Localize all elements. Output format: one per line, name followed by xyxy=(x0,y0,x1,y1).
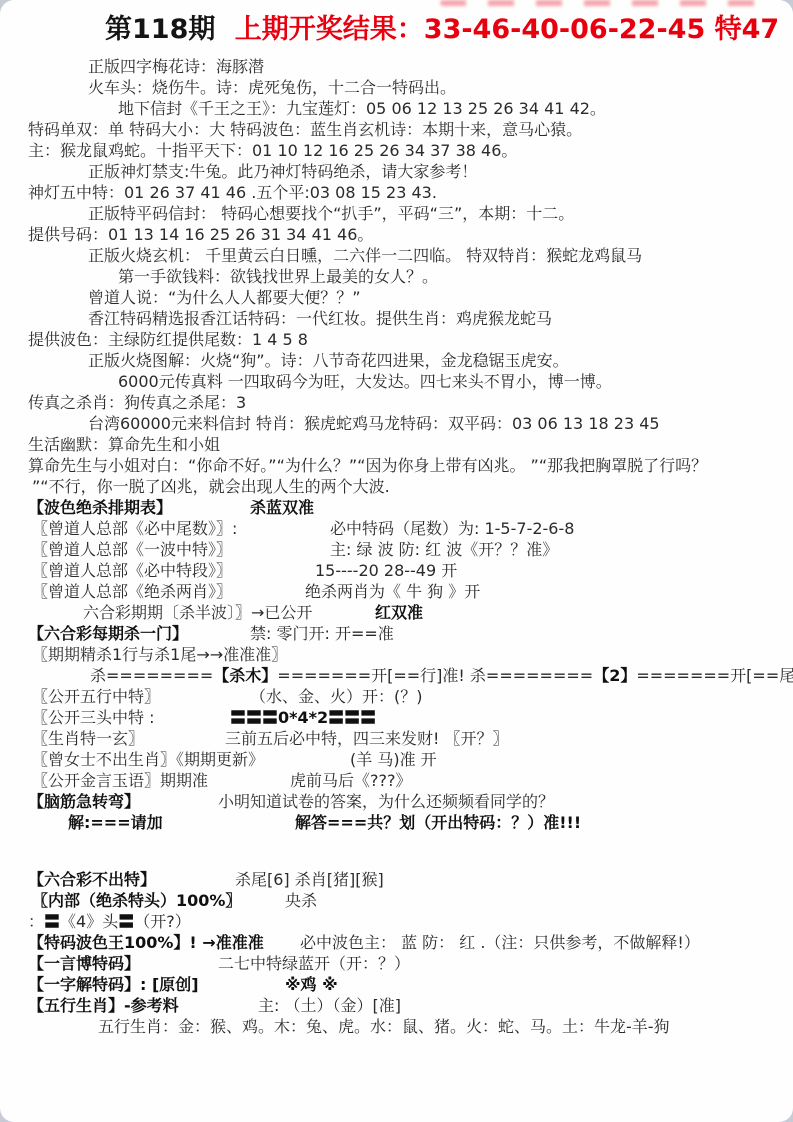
text-segment: 正版四字梅花诗：海豚潜 xyxy=(88,56,264,77)
text-segment: 【六合彩每期杀一门】 xyxy=(28,623,188,644)
text-line: 〖曾道人总部《必中特段》〗15----20 28--49 开 xyxy=(28,560,775,581)
text-line: 〖曾道人总部《绝杀两肖》〗绝杀两肖为《 牛 狗 》开 xyxy=(28,581,775,602)
section-header-line: 【六合彩每期杀一门】禁: 零门开: 开==准 xyxy=(28,623,775,644)
text-segment: 正版神灯禁支:牛兔。此乃神灯特码绝杀，请大家参考！ xyxy=(88,161,477,182)
text-segment: 禁: 零门开: 开==准 xyxy=(250,623,394,644)
text-line: 香江特码精选报香江话特码：一代红妆。提供生肖：鸡虎猴龙蛇马 xyxy=(28,308,775,329)
text-segment: 〓 xyxy=(118,911,134,932)
text-segment: 二七中特绿蓝开（开：？） xyxy=(218,953,410,974)
text-segment: 〖曾道人总部《必中尾数》〗: xyxy=(32,518,237,539)
text-segment: 解:===请加 xyxy=(68,812,163,833)
text-segment: 神灯五中特：01 26 37 41 46 .五个平:03 08 15 23 43… xyxy=(28,182,437,203)
text-segment: 小明知道试卷的答案，为什么还频频看同学的？ xyxy=(218,791,554,812)
text-line xyxy=(28,833,775,869)
page-title: 第118期 上期开奖结果：33-46-40-06-22-45 特47 xyxy=(28,8,775,52)
text-segment: 〖期期精杀1行与杀1尾→→准准准〗 xyxy=(32,644,287,665)
text-segment: 〓〓〓0*4*2〓〓〓 xyxy=(230,707,376,728)
text-segment: 〖公开五行中特〗 xyxy=(32,686,160,707)
text-segment: 虎前马后《???》 xyxy=(290,770,411,791)
text-segment: 杀======== xyxy=(90,665,213,686)
text-segment: （水、金、火）开：(？) xyxy=(250,686,423,707)
text-segment: 【波色绝杀排期表】 xyxy=(28,497,172,518)
text-segment: 〖曾道人总部《绝杀两肖》〗 xyxy=(32,581,232,602)
text-segment: 6000元传真料 一四取码今为旺，大发达。四七来头不胃小，博一博。 xyxy=(118,371,612,392)
text-segment: 香江特码精选报香江话特码：一代红妆。提供生肖：鸡虎猴龙蛇马 xyxy=(88,308,552,329)
text-line: 传真之杀肖：狗传真之杀尾：3 xyxy=(28,392,775,413)
text-segment: 必中特码（尾数）为: 1-5-7-2-6-8 xyxy=(330,518,574,539)
text-segment: 台湾60000元来料信封 特肖：猴虎蛇鸡马龙特码：双平码：03 06 13 18… xyxy=(88,413,660,434)
text-segment: 提供号码：01 13 14 16 25 26 31 34 41 46。 xyxy=(28,224,373,245)
text-segment: 传真之杀肖：狗传真之杀尾：3 xyxy=(28,392,246,413)
text-segment: 正版火烧图解：火烧“狗”。诗：八节奇花四进果，金龙稳锯玉虎安。 xyxy=(88,350,569,371)
text-segment: 【一字解特码】: [原创] xyxy=(28,974,199,995)
text-segment: 【一言博特码】 xyxy=(28,953,140,974)
text-segment: 必中波色主： 蓝 防： 红 .（注：只供参考，不做解释!） xyxy=(300,932,700,953)
text-line: 〖生肖特一玄〗三前五后必中特，四三来发财! 〖开？〗 xyxy=(28,728,775,749)
text-segment: ※鸡 ※ xyxy=(285,974,338,995)
text-line: 特码单双：单 特码大小：大 特码波色：蓝生肖玄机诗：本期十来，意马心猿。 xyxy=(28,119,775,140)
text-line: 地下信封《千王之王》：九宝莲灯：05 06 12 13 25 26 34 41 … xyxy=(28,98,775,119)
text-segment: 提供波色：主绿防红提供尾数：1 4 5 8 xyxy=(28,329,308,350)
text-segment: 火车头：烧伤牛。诗：虎死兔伤，十二合一特码出。 xyxy=(88,77,456,98)
text-segment: 【2】 xyxy=(593,665,636,686)
text-line: 正版神灯禁支:牛兔。此乃神灯特码绝杀，请大家参考！ xyxy=(28,161,775,182)
text-segment: 15----20 28--49 开 xyxy=(315,560,457,581)
text-line: 台湾60000元来料信封 特肖：猴虎蛇鸡马龙特码：双平码：03 06 13 18… xyxy=(28,413,775,434)
text-segment: 正版火烧玄机： 千里黄云白日曛，二六伴一二四临。 特双特肖：猴蛇龙鸡鼠马 xyxy=(88,245,642,266)
text-segment: 【六合彩不出特】 xyxy=(28,869,156,890)
text-segment: 【脑筋急转弯】 xyxy=(28,791,140,812)
text-line: 正版火烧玄机： 千里黄云白日曛，二六伴一二四临。 特双特肖：猴蛇龙鸡鼠马 xyxy=(28,245,775,266)
text-segment: 〖内部（绝杀特头）100%〗 xyxy=(32,890,241,911)
text-line: 主：猴龙鼠鸡蛇。十指平天下：01 10 12 16 25 26 34 37 38… xyxy=(28,140,775,161)
text-segment: 特码单双：单 特码大小：大 特码波色：蓝生肖玄机诗：本期十来，意马心猿。 xyxy=(28,119,582,140)
text-line: 解:===请加解答===共？划（开出特码：？）准!!! xyxy=(28,812,775,833)
text-segment: 杀尾[6] 杀肖[猪][猴] xyxy=(235,869,384,890)
section-header-line: 【六合彩不出特】杀尾[6] 杀肖[猪][猴] xyxy=(28,869,775,890)
text-line: 神灯五中特：01 26 37 41 46 .五个平:03 08 15 23 43… xyxy=(28,182,775,203)
section-header-line: 【五行生肖】-参考料主: （土）（金）[准] xyxy=(28,995,775,1016)
text-segment: 《4》头 xyxy=(60,911,118,932)
text-segment: 【杀木】 xyxy=(213,665,277,686)
text-segment: 正版特平码信封： 特码心想要找个“扒手”，平码“三”，本期：十二。 xyxy=(88,203,574,224)
text-segment: 五行生肖：金：猴、鸡。木：兔、虎。水：鼠、猪。火：蛇、马。土：牛龙-羊-狗 xyxy=(98,1016,670,1037)
text-line: 正版四字梅花诗：海豚潜 xyxy=(28,56,775,77)
text-line: 曾道人说：“为什么人人都要大便？？” xyxy=(28,287,775,308)
text-line: 〖公开五行中特〗（水、金、火）开：(？) xyxy=(28,686,775,707)
text-segment: 算命先生与小姐对白：“你命不好。”“为什么？”“因为你身上带有凶兆。 ”“那我把… xyxy=(28,455,707,476)
text-segment: =======开[==尾] xyxy=(636,665,793,686)
text-segment: 【五行生肖】-参考料 xyxy=(28,995,179,1016)
text-segment: 杀蓝双准 xyxy=(250,497,314,518)
text-line: 第一手欲钱料：欲钱找世界上最美的女人？。 xyxy=(28,266,775,287)
text-line: ”“不行，你一脱了凶兆，就会出现人生的两个大波. xyxy=(28,476,775,497)
text-line: 〖曾道人总部《一波中特》〗主: 绿 波 防: 红 波《开？？准》 xyxy=(28,539,775,560)
text-line: ：〓《4》头〓（开?） xyxy=(28,911,775,932)
text-segment: 央杀 xyxy=(285,890,317,911)
text-line: 五行生肖：金：猴、鸡。木：兔、虎。水：鼠、猪。火：蛇、马。土：牛龙-羊-狗 xyxy=(28,1016,775,1037)
text-line: 〖公开三头中特 :〓〓〓0*4*2〓〓〓 xyxy=(28,707,775,728)
text-segment: ”“不行，你一脱了凶兆，就会出现人生的两个大波. xyxy=(32,476,390,497)
text-segment: 三前五后必中特，四三来发财! 〖开？〗 xyxy=(225,728,509,749)
text-segment: 〓 xyxy=(44,911,60,932)
text-line: 〖曾女士不出生肖〗《期期更新》(羊 马)准 开 xyxy=(28,749,775,770)
section-header-line: 【波色绝杀排期表】杀蓝双准 xyxy=(28,497,775,518)
text-segment: 绝杀两肖为《 牛 狗 》开 xyxy=(305,581,480,602)
text-segment: 【特码波色王100%】! →准准准 xyxy=(28,932,264,953)
text-line: 算命先生与小姐对白：“你命不好。”“为什么？”“因为你身上带有凶兆。 ”“那我把… xyxy=(28,455,775,476)
text-line: 〖曾道人总部《必中尾数》〗:必中特码（尾数）为: 1-5-7-2-6-8 xyxy=(28,518,775,539)
text-segment: 〖曾女士不出生肖〗《期期更新》 xyxy=(32,749,264,770)
text-segment: 红双准 xyxy=(375,602,423,623)
text-line: 杀========【杀木】=======开[==行]准! 杀========【2… xyxy=(28,665,775,686)
text-line: 提供号码：01 13 14 16 25 26 31 34 41 46。 xyxy=(28,224,775,245)
lottery-tip-sheet-page: 第118期 上期开奖结果：33-46-40-06-22-45 特47 正版四字梅… xyxy=(0,0,793,1122)
text-segment: 六合彩期期〔杀半波〕〗→已公开 xyxy=(83,602,312,623)
text-segment: ： xyxy=(28,911,44,932)
text-segment: 解答===共？划（开出特码：？）准!!! xyxy=(295,812,581,833)
text-line: 6000元传真料 一四取码今为旺，大发达。四七来头不胃小，博一博。 xyxy=(28,371,775,392)
text-segment: 主: 绿 波 防: 红 波《开？？准》 xyxy=(330,539,558,560)
text-line: 六合彩期期〔杀半波〕〗→已公开红双准 xyxy=(28,602,775,623)
text-segment: （开?） xyxy=(134,911,191,932)
text-line: 〖公开金言玉语〗期期准虎前马后《???》 xyxy=(28,770,775,791)
last-draw-result: 上期开奖结果：33-46-40-06-22-45 特47 xyxy=(235,14,779,45)
section-header-line: 【一言博特码】二七中特绿蓝开（开：？） xyxy=(28,953,775,974)
issue-number: 第118期 xyxy=(105,14,215,45)
section-header-line: 【一字解特码】: [原创]※鸡 ※ xyxy=(28,974,775,995)
text-segment: 生活幽默：算命先生和小姐 xyxy=(28,434,220,455)
text-line: 正版特平码信封： 特码心想要找个“扒手”，平码“三”，本期：十二。 xyxy=(28,203,775,224)
text-line: 火车头：烧伤牛。诗：虎死兔伤，十二合一特码出。 xyxy=(28,77,775,98)
scan-artifact-red-marks xyxy=(440,0,775,6)
text-segment: 〖公开三头中特 : xyxy=(32,707,154,728)
text-segment: 〖生肖特一玄〗 xyxy=(32,728,144,749)
text-line: 生活幽默：算命先生和小姐 xyxy=(28,434,775,455)
text-segment: 〖公开金言玉语〗期期准 xyxy=(32,770,208,791)
text-segment: 主: （土）（金）[准] xyxy=(258,995,401,1016)
text-line: 正版火烧图解：火烧“狗”。诗：八节奇花四进果，金龙稳锯玉虎安。 xyxy=(28,350,775,371)
text-line: 〖期期精杀1行与杀1尾→→准准准〗 xyxy=(28,644,775,665)
text-line: 〖内部（绝杀特头）100%〗央杀 xyxy=(28,890,775,911)
text-segment: 地下信封《千王之王》：九宝莲灯：05 06 12 13 25 26 34 41 … xyxy=(118,98,606,119)
text-segment: 〖曾道人总部《一波中特》〗 xyxy=(32,539,232,560)
section-header-line: 【脑筋急转弯】小明知道试卷的答案，为什么还频频看同学的？ xyxy=(28,791,775,812)
text-segment: (羊 马)准 开 xyxy=(350,749,437,770)
text-segment: =======开[==行]准! 杀======== xyxy=(277,665,593,686)
text-segment: 〖曾道人总部《必中特段》〗 xyxy=(32,560,232,581)
text-segment: 主：猴龙鼠鸡蛇。十指平天下：01 10 12 16 25 26 34 37 38… xyxy=(28,140,517,161)
text-segment: 曾道人说：“为什么人人都要大便？？” xyxy=(88,287,361,308)
sheet-body: 正版四字梅花诗：海豚潜火车头：烧伤牛。诗：虎死兔伤，十二合一特码出。地下信封《千… xyxy=(28,56,775,1037)
text-line: 提供波色：主绿防红提供尾数：1 4 5 8 xyxy=(28,329,775,350)
text-segment: 第一手欲钱料：欲钱找世界上最美的女人？。 xyxy=(118,266,438,287)
section-header-line: 【特码波色王100%】! →准准准必中波色主： 蓝 防： 红 .（注：只供参考，… xyxy=(28,932,775,953)
